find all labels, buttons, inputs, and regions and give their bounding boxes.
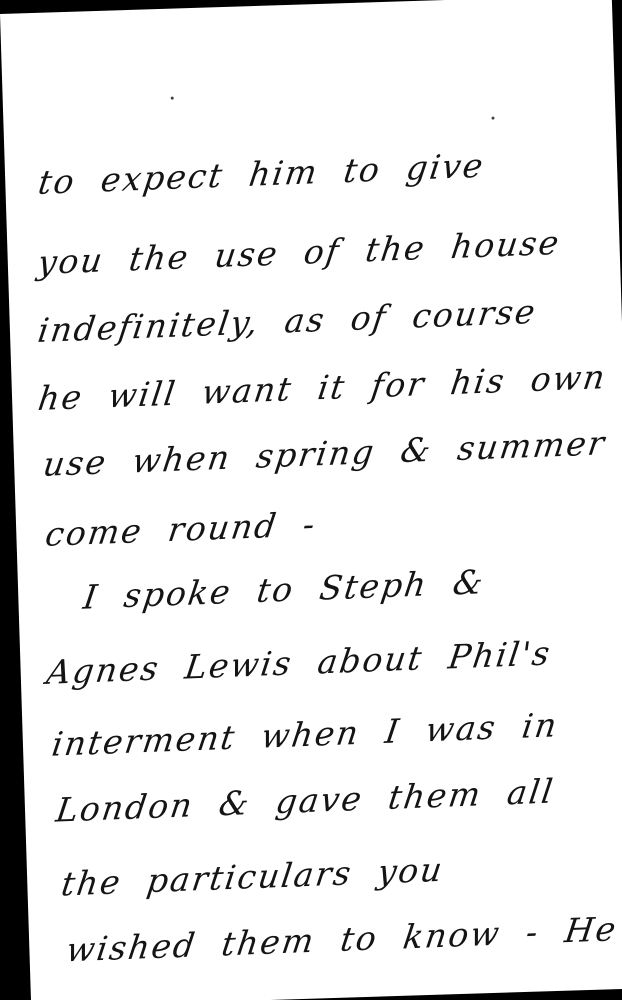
manuscript-line: to expect him to give (36, 146, 487, 202)
manuscript-line: the particulars you (59, 850, 446, 904)
manuscript-line: he will want it for his own (36, 357, 610, 418)
manuscript-line: indefinitely, as of course (36, 292, 540, 350)
manuscript-line: Agnes Lewis about Phil's (44, 633, 554, 692)
manuscript-line: use when spring & summer (41, 423, 609, 484)
manuscript-line: you the use of the house (35, 223, 563, 282)
manuscript-line: wished them to know - He (64, 909, 620, 969)
letter-paper: to expect him to give you the use of the… (0, 0, 622, 1000)
scanned-letter-page: to expect him to give you the use of the… (0, 0, 622, 1000)
manuscript-line: come round - (43, 504, 319, 554)
ink-speck (171, 97, 174, 100)
manuscript-line: interment when I was in (50, 705, 561, 764)
ink-speck (491, 117, 494, 120)
manuscript-line: London & gave them all (54, 771, 557, 829)
manuscript-line: I spoke to Steph & (81, 562, 487, 617)
